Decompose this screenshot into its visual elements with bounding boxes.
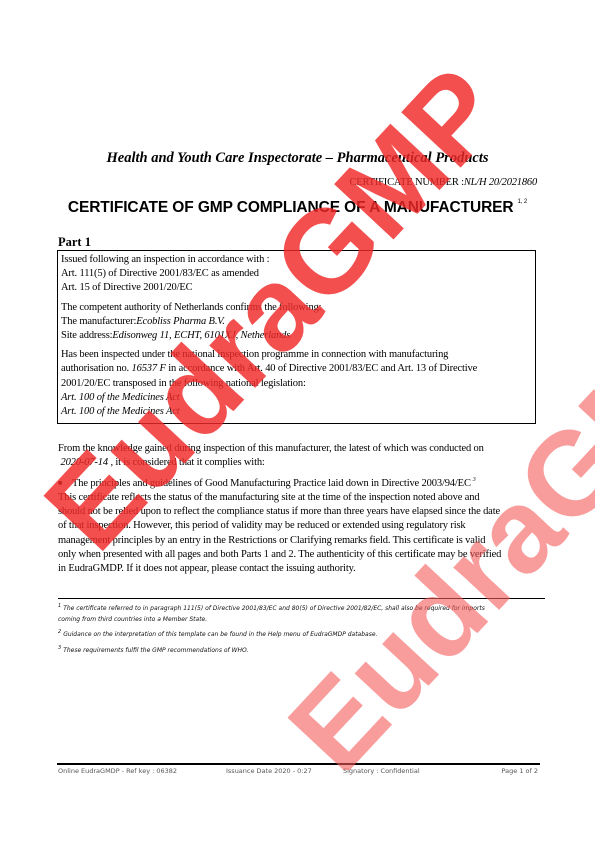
watermark-lower-clip: EudraGMP: [0, 0, 595, 770]
certificate-page: Health and Youth Care Inspectorate – Pha…: [0, 0, 595, 842]
eudragmp-watermark-lower: EudraGMP: [263, 264, 595, 770]
